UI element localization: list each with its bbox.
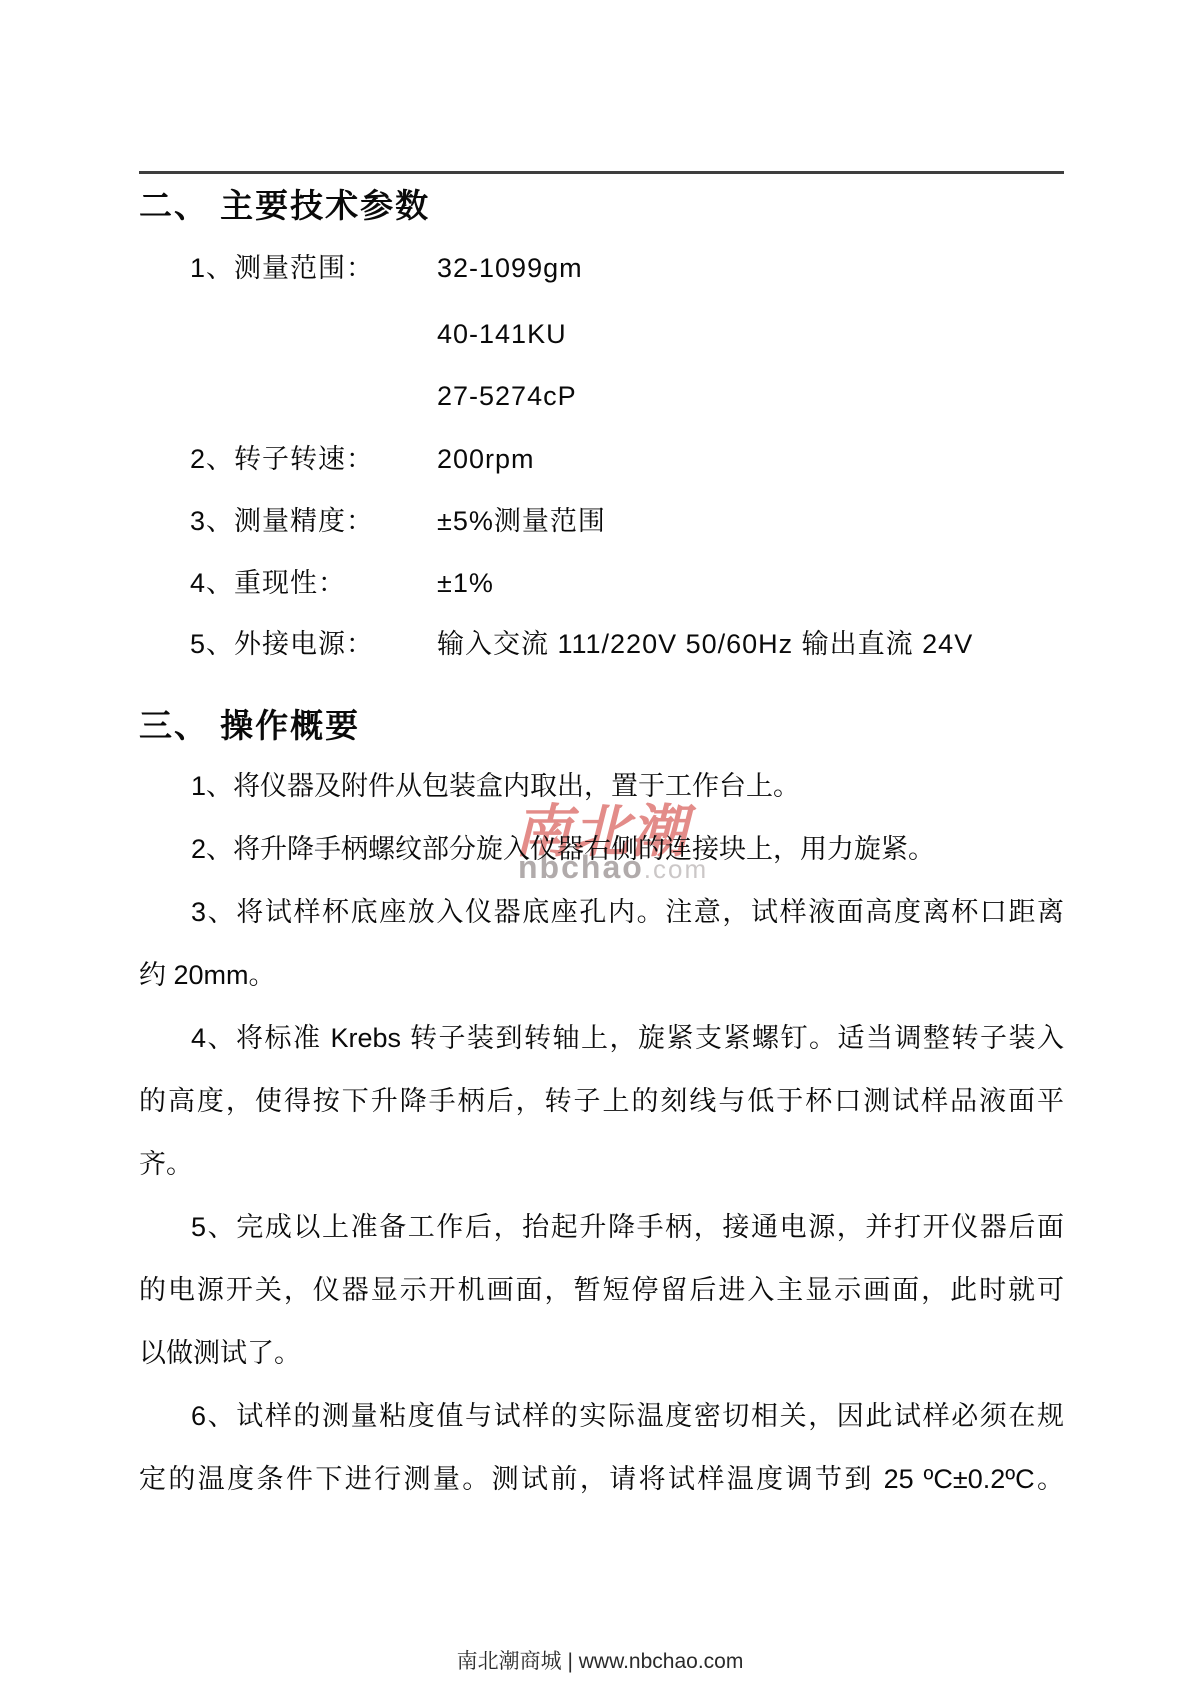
section-heading-operation: 三、 操作概要 (139, 706, 360, 746)
tech-item-row: 4、重现性： ±1% (0, 563, 1200, 603)
page-footer: 南北潮商城 | www.nbchao.com (0, 1642, 1200, 1682)
operation-line: 以做测试了。 (139, 1333, 1064, 1373)
operation-line: 齐。 (139, 1144, 1064, 1184)
operation-line: 5、完成以上准备工作后，抬起升降手柄，接通电源，并打开仪器后面 (139, 1207, 1064, 1247)
tech-item-value: 40-141KU (437, 314, 567, 354)
operation-line: 4、将标准 Krebs 转子装到转轴上，旋紧支紧螺钉。适当调整转子装入 (139, 1018, 1064, 1058)
section-heading-tech: 二、 主要技术参数 (139, 186, 430, 226)
tech-item-label: 5、外接电源： (190, 624, 374, 664)
operation-line: 的电源开关，仪器显示开机画面，暂短停留后进入主显示画面，此时就可 (139, 1270, 1064, 1310)
tech-item-row: 5、外接电源： 输入交流 111/220V 50/60Hz 输出直流 24V (0, 624, 1200, 664)
tech-item-label: 4、重现性： (190, 563, 346, 603)
tech-item-value: ±5%测量范围 (437, 501, 606, 541)
tech-item-value: 32-1099gm (437, 248, 583, 288)
operation-line: 约 20mm。 (139, 955, 1064, 995)
tech-item-row: 3、测量精度： ±5%测量范围 (0, 501, 1200, 541)
operation-line: 定的温度条件下进行测量。测试前，请将试样温度调节到 25 ºC±0.2ºC。 (139, 1459, 1064, 1499)
tech-item-row: 2、转子转速： 200rpm (0, 439, 1200, 479)
tech-item-row: 1、测量范围： 32-1099gm (0, 248, 1200, 288)
operation-line: 3、将试样杯底座放入仪器底座孔内。注意，试样液面高度离杯口距离 (139, 892, 1064, 932)
tech-item-value: 200rpm (437, 439, 535, 479)
tech-item-value: 输入交流 111/220V 50/60Hz 输出直流 24V (437, 624, 973, 664)
tech-item-label: 1、测量范围： (190, 248, 374, 288)
operation-line: 2、将升降手柄螺纹部分旋入仪器右侧的连接块上，用力旋紧。 (139, 829, 1064, 869)
operation-line: 的高度，使得按下升降手柄后，转子上的刻线与低于杯口测试样品液面平 (139, 1081, 1064, 1121)
tech-item-row: 40-141KU (0, 314, 1200, 354)
tech-item-value: ±1% (437, 563, 494, 603)
document-page: 二、 主要技术参数 1、测量范围： 32-1099gm 40-141KU 27-… (0, 0, 1200, 1697)
tech-item-row: 27-5274cP (0, 376, 1200, 416)
tech-item-label: 2、转子转速： (190, 439, 374, 479)
operation-line: 6、试样的测量粘度值与试样的实际温度密切相关，因此试样必须在规 (139, 1396, 1064, 1436)
tech-item-label: 3、测量精度： (190, 501, 374, 541)
tech-item-value: 27-5274cP (437, 376, 577, 416)
top-divider (139, 171, 1064, 174)
operation-line: 1、将仪器及附件从包装盒内取出，置于工作台上。 (139, 766, 1064, 806)
